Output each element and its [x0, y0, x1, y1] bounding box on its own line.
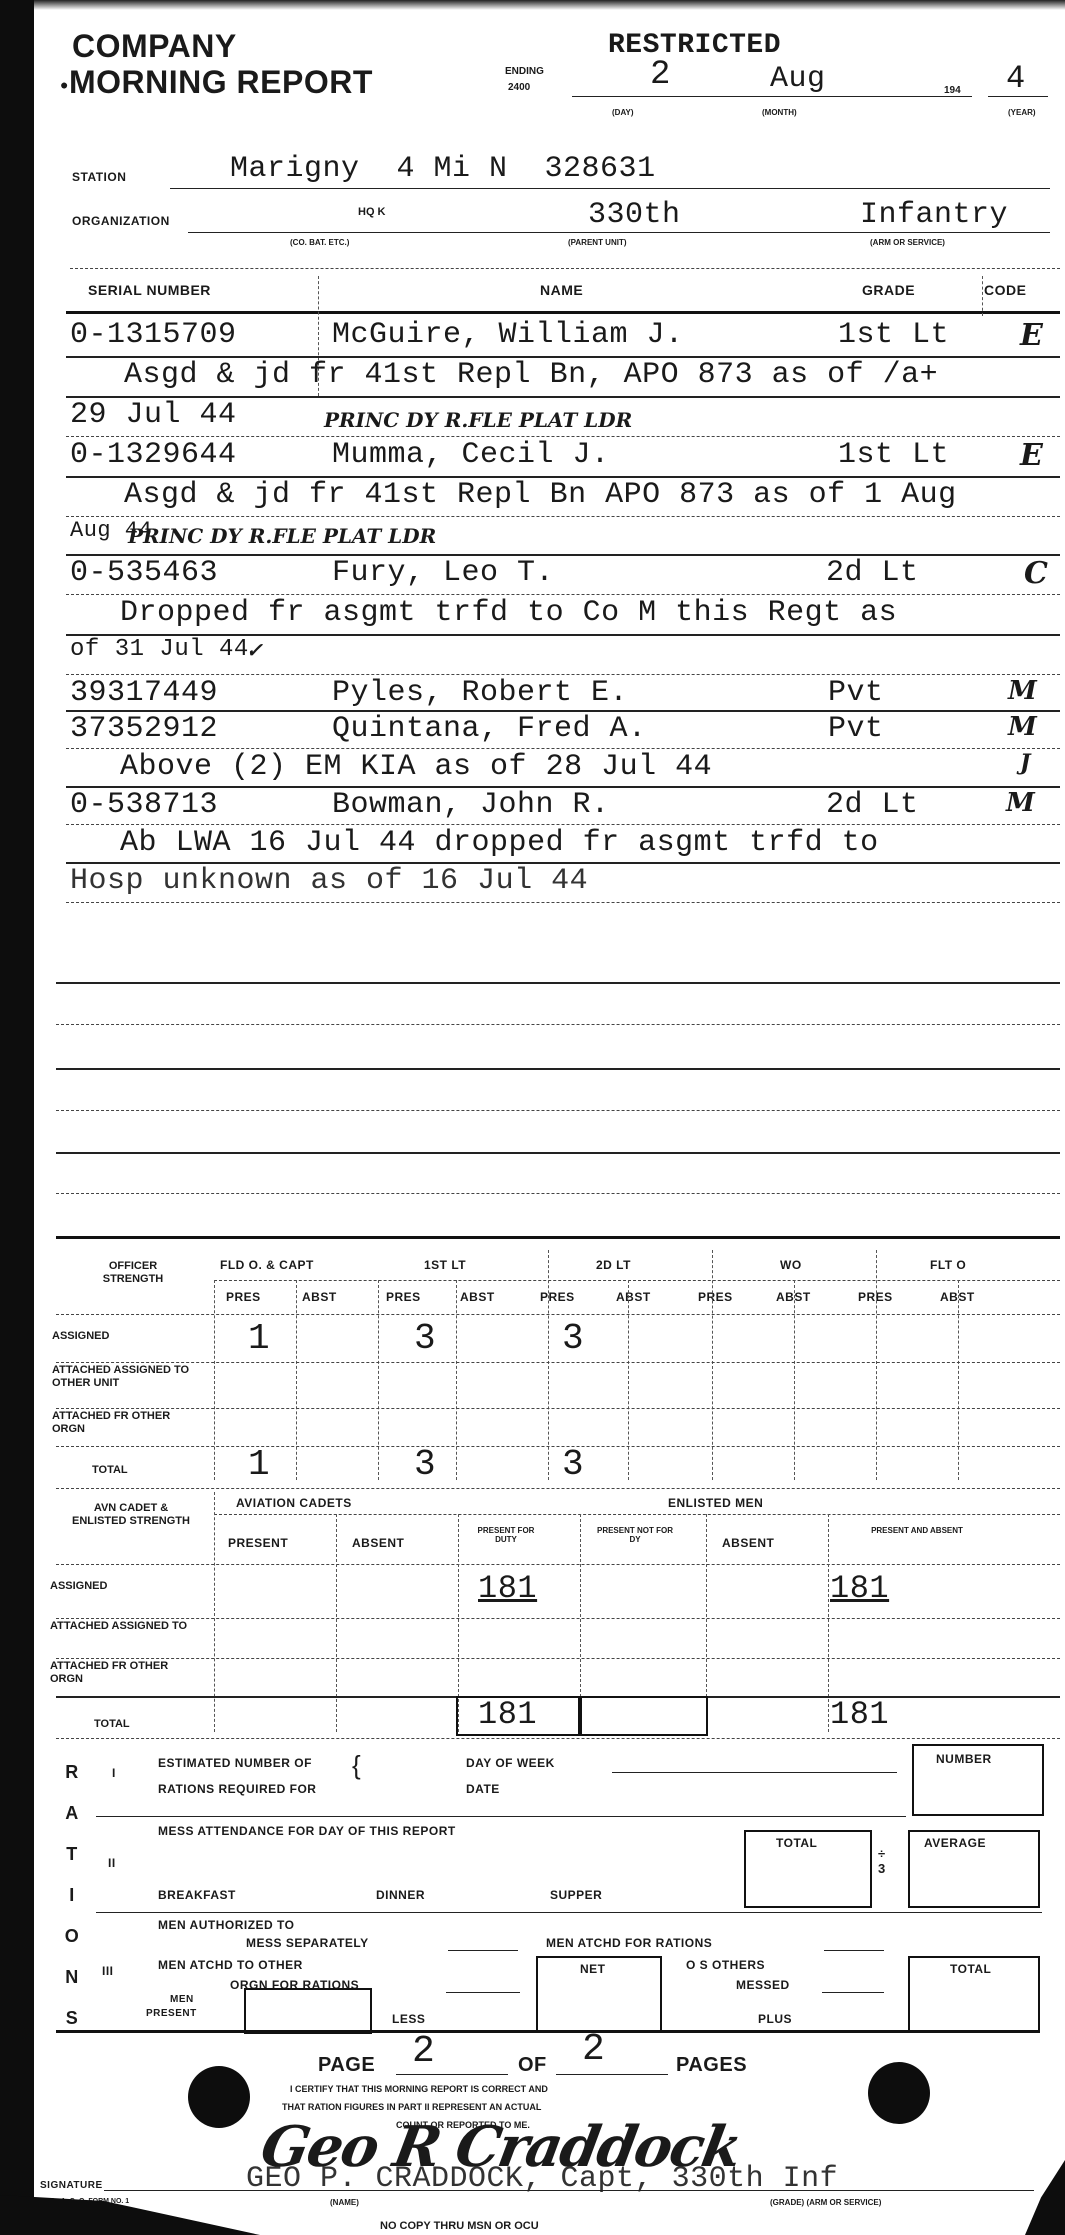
remark-line: Ab LWA 16 Jul 44 dropped fr asgmt trfd t… [120, 826, 879, 860]
serial-number: 0-1329644 [70, 438, 237, 472]
rations-section: RATIONS I ESTIMATED NUMBER OF RATIONS RE… [0, 1742, 1065, 2032]
status-code: M [1008, 712, 1037, 742]
report-year-digit: 4 [1006, 60, 1026, 97]
page-label: PAGE [318, 2054, 375, 2077]
classification-stamp: RESTRICTED [608, 30, 781, 61]
col-grade: GRADE [862, 282, 915, 298]
subhead: PRES [386, 1290, 421, 1304]
group-flt-o: FLT O [930, 1258, 966, 1272]
officer-strength-table: OFFICER STRENGTH FLD O. & CAPT 1ST LT 2D… [0, 1250, 1065, 1480]
number-box-label: NUMBER [936, 1752, 992, 1766]
punch-hole-left [188, 2066, 250, 2128]
plus-label: PLUS [758, 2012, 792, 2026]
month-caption: (MONTH) [762, 108, 797, 117]
status-code: E [1020, 438, 1043, 473]
section-number: III [102, 1964, 114, 1978]
remark-line: Above (2) EM KIA as of 28 Jul 44 [120, 750, 712, 784]
row-label-attached-assigned: ATTACHED ASSIGNED TO OTHER UNIT [52, 1364, 202, 1390]
person-grade: 1st Lt [838, 438, 949, 472]
brace-icon: { [352, 1750, 361, 1781]
est-rations-label-b: RATIONS REQUIRED FOR [158, 1782, 316, 1796]
remark-date: of 31 Jul 44 [70, 636, 249, 663]
section-number: II [108, 1856, 116, 1870]
scan-border-top [34, 0, 1065, 10]
serial-number: 0-538713 [70, 788, 218, 822]
men-authorized-label: MEN AUTHORIZED TO [158, 1918, 295, 1932]
person-name: Pyles, Robert E. [332, 676, 628, 710]
men-present-label-b: PRESENT [146, 2008, 197, 2019]
bottom-note: NO COPY THRU MSN OR OCU [380, 2220, 539, 2232]
os-others-label: O S OTHERS [686, 1958, 765, 1972]
men-atchd-rations-label: MEN ATCHD FOR RATIONS [546, 1936, 712, 1950]
handwritten-duty: PRINC DY R.FLE PLAT LDR [324, 408, 632, 432]
mess-attendance-label: MESS ATTENDANCE FOR DAY OF THIS REPORT [158, 1824, 456, 1838]
divide-by-three: ÷ 3 [878, 1846, 892, 1876]
section-number: I [112, 1766, 116, 1780]
company-caption: (CO. BAT. ETC.) [290, 238, 349, 247]
serial-number: 0-535463 [70, 556, 218, 590]
organization-parent: 330th [588, 198, 681, 232]
person-grade: 2d Lt [826, 556, 919, 590]
certify-line-1: I CERTIFY THAT THIS MORNING REPORT IS CO… [290, 2084, 548, 2094]
of-label: OF [518, 2054, 547, 2077]
remark-line: Hosp unknown as of 16 Jul 44 [70, 864, 588, 898]
subhead: ABSENT [722, 1536, 774, 1550]
cell-assigned-2dlt-pres: 3 [562, 1318, 584, 1359]
person-grade: 2d Lt [826, 788, 919, 822]
mess-separately-label: MESS SEPARATELY [246, 1936, 369, 1950]
subhead: PRES [226, 1290, 261, 1304]
row-label-attached-fr: ATTACHED FR OTHER ORGN [52, 1410, 202, 1436]
men-present-label-a: MEN [170, 1994, 194, 2005]
men-atchd-other-label: MEN ATCHD TO OTHER [158, 1958, 303, 1972]
subhead: PRESENT [228, 1536, 288, 1550]
parent-caption: (PARENT UNIT) [568, 238, 627, 247]
cell-total-present-and-absent: 181 [830, 1696, 889, 1733]
col-serial-number: SERIAL NUMBER [88, 282, 211, 298]
punch-hole-right [868, 2062, 930, 2124]
group-wo: WO [780, 1258, 802, 1272]
year-caption: (YEAR) [1008, 108, 1036, 117]
subhead: PRES [540, 1290, 575, 1304]
day-caption: (DAY) [612, 108, 633, 117]
status-code: C [1024, 556, 1048, 591]
subhead: ABST [616, 1290, 651, 1304]
less-label: LESS [392, 2012, 425, 2026]
group-aviation-cadets: AVIATION CADETS [236, 1496, 352, 1510]
row-label-attached-assigned: ATTACHED ASSIGNED TO [50, 1620, 200, 1633]
supper-label: SUPPER [550, 1888, 602, 1902]
officer-strength-label: OFFICER STRENGTH [78, 1260, 188, 1286]
cell-assigned-present-for-duty: 181 [478, 1570, 537, 1607]
subhead: PRESENT AND ABSENT [852, 1526, 982, 1535]
cell-assigned-1stlt-pres: 3 [414, 1318, 436, 1359]
total-present-not-for-duty-box [578, 1696, 708, 1736]
enlisted-strength-label: AVN CADET & ENLISTED STRENGTH [66, 1502, 196, 1528]
name-caption: (NAME) [330, 2198, 359, 2207]
person-name: Bowman, John R. [332, 788, 610, 822]
subhead: PRESENT NOT FOR DY [592, 1526, 678, 1544]
form-title-morning-report: ●MORNING REPORT [60, 66, 373, 98]
remark-line: Asgd & jd fr 41st Repl Bn, APO 873 as of… [124, 358, 938, 392]
date-label: DATE [466, 1782, 500, 1796]
est-rations-label-a: ESTIMATED NUMBER OF [158, 1756, 312, 1770]
row-label-assigned: ASSIGNED [52, 1330, 109, 1343]
remark-line: Dropped fr asgmt trfd to Co M this Regt … [120, 596, 897, 630]
cell-assigned-fldo-pres: 1 [248, 1318, 270, 1359]
group-enlisted-men: ENLISTED MEN [668, 1496, 763, 1510]
organization-company: HQ K [358, 206, 386, 218]
scan-corner-right [1025, 2160, 1065, 2235]
handwritten-duty: PRINC DY R.FLE PLAT LDR [128, 524, 436, 548]
organization-label: ORGANIZATION [72, 214, 170, 228]
status-code: M [1008, 676, 1037, 706]
men-present-box [244, 1988, 372, 2034]
person-name: McGuire, William J. [332, 318, 684, 352]
page-number: 2 [412, 2030, 435, 2073]
net-box-label: NET [580, 1962, 606, 1976]
messed-label: MESSED [736, 1978, 790, 1992]
person-name: Mumma, Cecil J. [332, 438, 610, 472]
station-label: STATION [72, 170, 126, 184]
person-grade: Pvt [828, 712, 884, 746]
row-label-total: TOTAL [94, 1718, 130, 1731]
form-title-company: COMPANY [72, 30, 237, 62]
serial-number: 37352912 [70, 712, 218, 746]
report-month: Aug [770, 62, 826, 96]
year-prefix: 194 [944, 85, 961, 96]
rations-side-label: RATIONS [62, 1752, 82, 2039]
subhead: PRESENT FOR DUTY [466, 1526, 546, 1544]
report-day: 2 [650, 56, 671, 94]
person-grade: 1st Lt [838, 318, 949, 352]
remark-line: Asgd & jd fr 41st Repl Bn APO 873 as of … [124, 478, 957, 512]
cell-total-1stlt-pres: 3 [414, 1444, 436, 1485]
day-of-week-label: DAY OF WEEK [466, 1756, 555, 1770]
signature-label: SIGNATURE [40, 2180, 103, 2191]
pages-label: PAGES [676, 2054, 747, 2077]
average-box-label: AVERAGE [924, 1836, 986, 1850]
ending-label: ENDING [505, 66, 544, 77]
total-box-label: TOTAL [950, 1962, 991, 1976]
cell-total-2dlt-pres: 3 [562, 1444, 584, 1485]
cell-assigned-present-and-absent: 181 [830, 1570, 889, 1607]
enlisted-strength-table: AVN CADET & ENLISTED STRENGTH AVIATION C… [0, 1492, 1065, 1732]
subhead: ABST [302, 1290, 337, 1304]
cell-total-present-for-duty: 181 [478, 1696, 537, 1733]
col-name: NAME [540, 282, 583, 298]
subhead: ABST [460, 1290, 495, 1304]
person-name: Quintana, Fred A. [332, 712, 647, 746]
bullet-icon: ● [60, 77, 69, 93]
check-mark-icon: ✓ [246, 638, 263, 662]
scan-corner-left [0, 2195, 260, 2235]
row-label-total: TOTAL [92, 1464, 128, 1477]
row-label-assigned: ASSIGNED [50, 1580, 107, 1593]
group-1st-lt: 1ST LT [424, 1258, 466, 1272]
group-fld-o-capt: FLD O. & CAPT [220, 1258, 314, 1272]
total-pages: 2 [582, 2028, 605, 2071]
status-code: M [1006, 788, 1035, 818]
ending-time: 2400 [508, 82, 530, 93]
cell-total-fldo-pres: 1 [248, 1444, 270, 1485]
subhead: PRES [698, 1290, 733, 1304]
subhead: ABSENT [352, 1536, 404, 1550]
status-code: E [1020, 318, 1043, 353]
group-2d-lt: 2D LT [596, 1258, 631, 1272]
certify-line-2: THAT RATION FIGURES IN PART II REPRESENT… [282, 2102, 541, 2112]
status-code: J [1020, 750, 1030, 776]
grade-caption: (GRADE) (ARM OR SERVICE) [770, 2198, 881, 2207]
person-grade: Pvt [828, 676, 884, 710]
serial-number: 39317449 [70, 676, 218, 710]
arm-caption: (ARM OR SERVICE) [870, 238, 945, 247]
total-box-label: TOTAL [776, 1836, 817, 1850]
dinner-label: DINNER [376, 1888, 425, 1902]
row-label-attached-fr: ATTACHED FR OTHER ORGN [50, 1660, 200, 1686]
remark-date: 29 Jul 44 [70, 398, 237, 432]
breakfast-label: BREAKFAST [158, 1888, 236, 1902]
person-name: Fury, Leo T. [332, 556, 554, 590]
col-code: CODE [984, 282, 1026, 298]
serial-number: 0-1315709 [70, 318, 237, 352]
station-value: Marigny 4 Mi N 328631 [230, 152, 656, 186]
organization-arm: Infantry [860, 198, 1008, 232]
